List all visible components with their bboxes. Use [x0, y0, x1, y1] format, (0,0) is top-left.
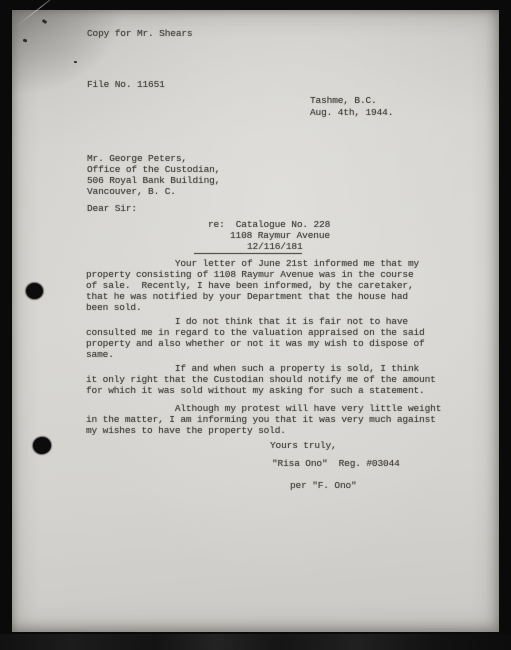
hole-punch-top: [26, 283, 43, 299]
reference-line-2: 1108 Raymur Avenue: [230, 230, 330, 241]
reference-line-1: re: Catalogue No. 228: [208, 219, 330, 230]
reference-underline: [194, 253, 302, 254]
copy-annotation: Copy for Mr. Shears: [87, 28, 192, 39]
scanned-letter-page: Copy for Mr. Shears File No. 11651 Tashm…: [0, 0, 511, 650]
signature-per-line: per "F. Ono": [290, 480, 357, 491]
body-paragraph-1: Your letter of June 21st informed me tha…: [86, 258, 419, 313]
file-number: File No. 11651: [87, 79, 165, 90]
reference-line-3: 12/116/181: [247, 241, 303, 252]
dateline-place: Tashme, B.C.: [310, 95, 377, 106]
ink-speck: [74, 61, 77, 63]
valediction: Yours truly,: [270, 440, 337, 451]
body-paragraph-4: Although my protest will have very littl…: [86, 403, 441, 436]
body-paragraph-3: If and when such a property is sold, I t…: [86, 363, 436, 396]
scan-edge-artifact: [0, 634, 511, 650]
signature-line: "Risa Ono" Reg. #03044: [272, 458, 400, 469]
body-paragraph-2: I do not think that it is fair not to ha…: [86, 316, 425, 360]
recipient-address: Mr. George Peters, Office of the Custodi…: [87, 153, 220, 197]
dateline-date: Aug. 4th, 1944.: [310, 107, 393, 118]
salutation: Dear Sir:: [87, 203, 137, 214]
